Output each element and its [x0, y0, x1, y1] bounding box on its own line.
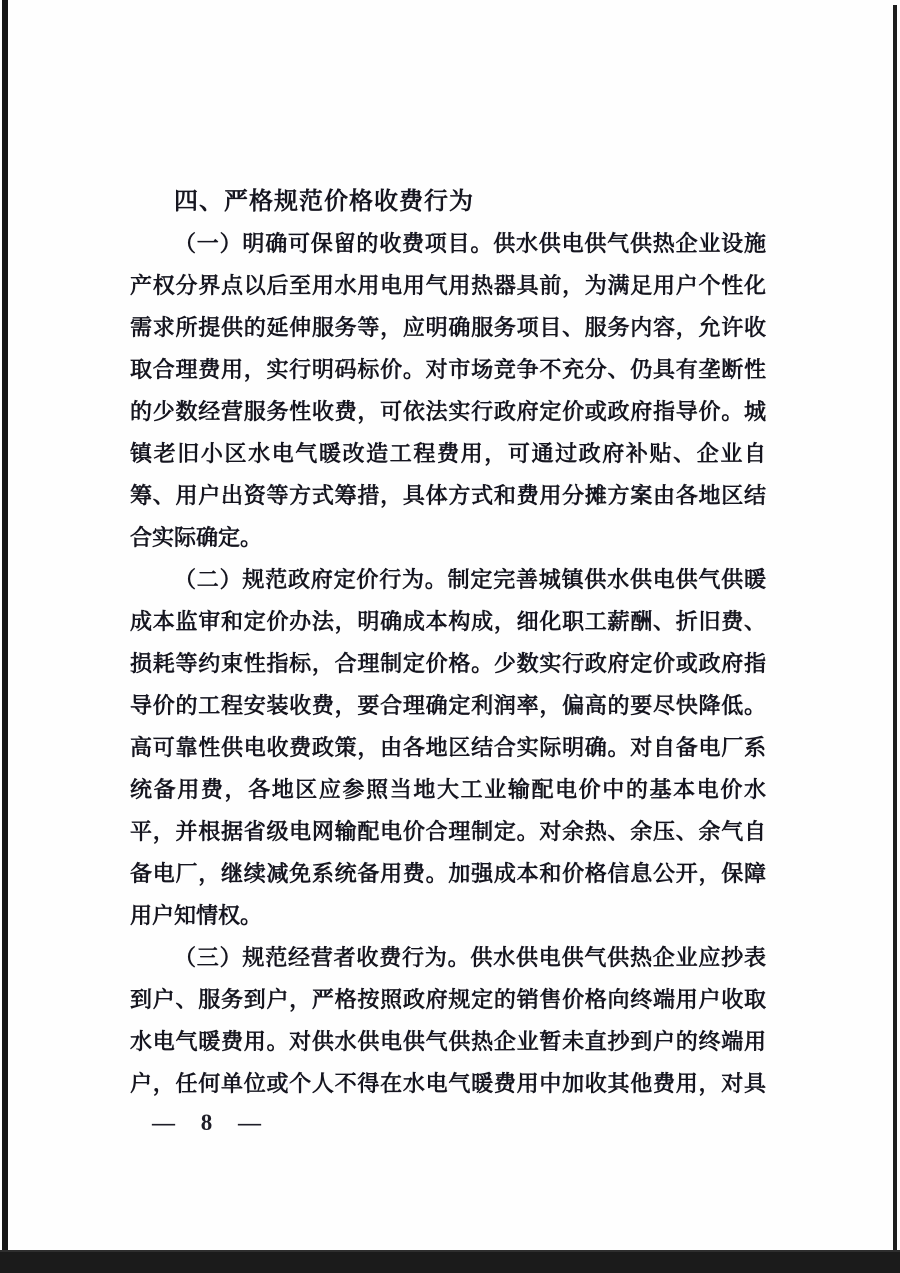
text-line: 产权分界点以后至用水用电用气用热器具前，为满足用户个性化 — [130, 265, 766, 307]
text-line: 平，并根据省级电网输配电价合理制定。对余热、余压、余气自 — [130, 811, 766, 853]
paragraph-text: 供水供电供气供热企业设施 — [493, 231, 766, 256]
scanned-document-page: 四、严格规范价格收费行为（一）明确可保留的收费项目。供水供电供气供热企业设施产权… — [0, 0, 900, 1273]
text-line: （三）规范经营者收费行为。供水供电供气供热企业应抄表 — [130, 937, 766, 979]
paragraph-lead: （二）规范政府定价行为。 — [174, 567, 448, 592]
scan-edge-left — [2, 0, 8, 1256]
paragraph-lead: （三）规范经营者收费行为。 — [174, 945, 470, 970]
text-line: 导价的工程安装收费，要合理确定利润率，偏高的要尽快降低。 — [130, 685, 766, 727]
paragraph-text: 制定完善城镇供水供电供气供暖 — [448, 567, 766, 592]
text-line: 的少数经营服务性收费，可依法实行政府定价或政府指导价。城 — [130, 391, 766, 433]
text-line: 到户、服务到户，严格按照政府规定的销售价格向终端用户收取 — [130, 979, 766, 1021]
text-line: 合实际确定。 — [130, 517, 766, 559]
page-number: — 8 — — [152, 1110, 268, 1136]
text-line: （二）规范政府定价行为。制定完善城镇供水供电供气供暖 — [130, 559, 766, 601]
text-line: 取合理费用，实行明码标价。对市场竞争不充分、仍具有垄断性 — [130, 349, 766, 391]
scan-edge-right — [893, 5, 897, 1255]
document-body: 四、严格规范价格收费行为（一）明确可保留的收费项目。供水供电供气供热企业设施产权… — [130, 181, 766, 1105]
scan-edge-bottom — [0, 1250, 900, 1273]
text-line: 成本监审和定价办法，明确成本构成，细化职工薪酬、折旧费、 — [130, 601, 766, 643]
text-line: 镇老旧小区水电气暖改造工程费用，可通过政府补贴、企业自 — [130, 433, 766, 475]
text-line: 高可靠性供电收费政策，由各地区结合实际明确。对自备电厂系 — [130, 727, 766, 769]
paragraph-lead: （一）明确可保留的收费项目。 — [174, 231, 493, 256]
text-line: 水电气暖费用。对供水供电供气供热企业暂未直抄到户的终端用 — [130, 1021, 766, 1063]
text-line: 用户知情权。 — [130, 895, 766, 937]
text-line: 备电厂，继续减免系统备用费。加强成本和价格信息公开，保障 — [130, 853, 766, 895]
section-heading: 四、严格规范价格收费行为 — [130, 181, 766, 223]
text-line: （一）明确可保留的收费项目。供水供电供气供热企业设施 — [130, 223, 766, 265]
paragraph-text: 供水供电供气供热企业应抄表 — [470, 945, 766, 970]
text-line: 户，任何单位或个人不得在水电气暖费用中加收其他费用，对具 — [130, 1063, 766, 1105]
text-line: 筹、用户出资等方式筹措，具体方式和费用分摊方案由各地区结 — [130, 475, 766, 517]
text-line: 损耗等约束性指标，合理制定价格。少数实行政府定价或政府指 — [130, 643, 766, 685]
text-line: 需求所提供的延伸服务等，应明确服务项目、服务内容，允许收 — [130, 307, 766, 349]
text-line: 统备用费，各地区应参照当地大工业输配电价中的基本电价水 — [130, 769, 766, 811]
